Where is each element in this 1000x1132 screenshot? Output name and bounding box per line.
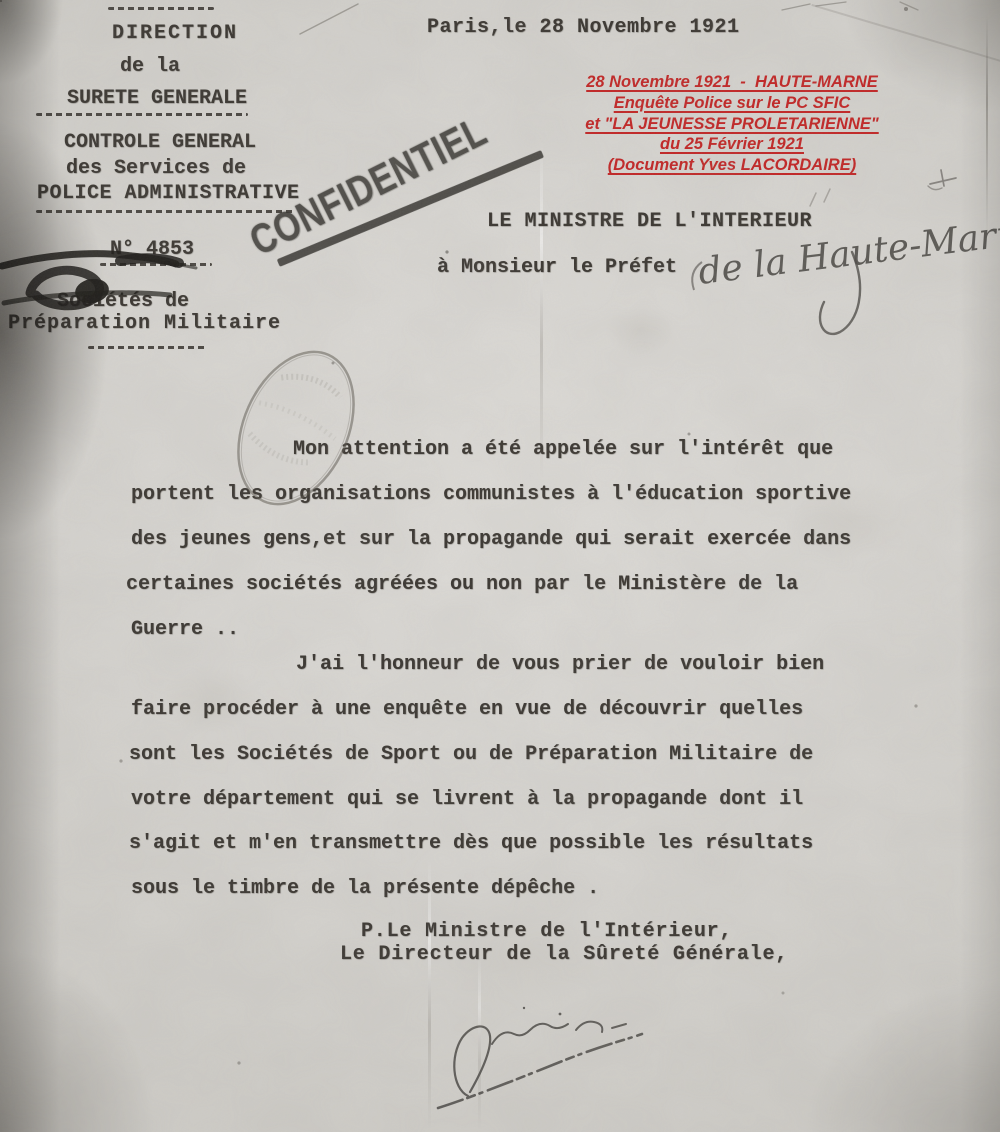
body-line: sous le timbre de la présente dépêche .: [131, 877, 599, 900]
body-line: faire procéder à une enquête en vue de d…: [131, 698, 803, 721]
letterhead-divider: [36, 113, 248, 116]
dateline: Paris,le 28 Novembre 1921: [427, 16, 740, 39]
annotation-line: et "LA JEUNESSE PROLETARIENNE": [556, 114, 908, 135]
letterhead-surete: SURETE GENERALE: [67, 87, 247, 110]
signature-block-line: P.Le Ministre de l'Intérieur,: [361, 920, 732, 943]
body-line: des jeunes gens,et sur la propagande qui…: [131, 528, 851, 551]
letterhead-societes: Sociétés de: [57, 290, 189, 313]
paper-crease: [478, 955, 481, 1132]
paper-crease: [428, 860, 431, 1132]
letterhead-divider: [36, 210, 296, 213]
paper-edge: [986, 15, 988, 235]
scanned-letter-page: DIRECTION de la SURETE GENERALE CONTROLE…: [0, 0, 1000, 1132]
letterhead-police: POLICE ADMINISTRATIVE: [37, 182, 300, 205]
letterhead-divider: [100, 263, 212, 266]
body-line: portent les organisations communistes à …: [131, 483, 851, 506]
paper-crease: [540, 140, 543, 480]
letterhead-preparation: Préparation Militaire: [8, 312, 281, 335]
body-line: J'ai l'honneur de vous prier de vouloir …: [296, 653, 824, 676]
letterhead-divider: [108, 7, 214, 10]
letterhead-numero: N° 4853: [110, 238, 194, 261]
recipient-minister: LE MINISTRE DE L'INTERIEUR: [487, 210, 812, 233]
dust-specks: [0, 0, 2, 2]
body-line: s'agit et m'en transmettre dès que possi…: [129, 832, 813, 855]
body-line: Guerre ..: [131, 618, 239, 641]
annotation-line: (Document Yves LACORDAIRE): [556, 155, 908, 176]
letterhead-services: des Services de: [66, 157, 246, 180]
letterhead-direction: DIRECTION: [112, 22, 238, 45]
recipient-prefect: à Monsieur le Préfet: [437, 256, 677, 279]
body-line: votre département qui se livrent à la pr…: [131, 788, 803, 811]
annotation-line: Enquête Police sur le PC SFIC: [556, 93, 908, 114]
annotation-overlay: 28 Novembre 1921 - HAUTE-MARNE Enquête P…: [556, 72, 908, 176]
body-line: Mon attention a été appelée sur l'intérê…: [293, 438, 833, 461]
body-line: certaines sociétés agréées ou non par le…: [126, 573, 798, 596]
annotation-line: du 25 Février 1921: [556, 134, 908, 155]
signature-block-line: Le Directeur de la Sûreté Générale,: [340, 943, 788, 966]
letterhead-divider: [88, 346, 206, 349]
letterhead-de-la: de la: [120, 55, 180, 78]
body-line: sont les Sociétés de Sport ou de Prépara…: [129, 743, 813, 766]
letterhead-controle: CONTROLE GENERAL: [64, 131, 256, 154]
annotation-line: 28 Novembre 1921 - HAUTE-MARNE: [556, 72, 908, 93]
